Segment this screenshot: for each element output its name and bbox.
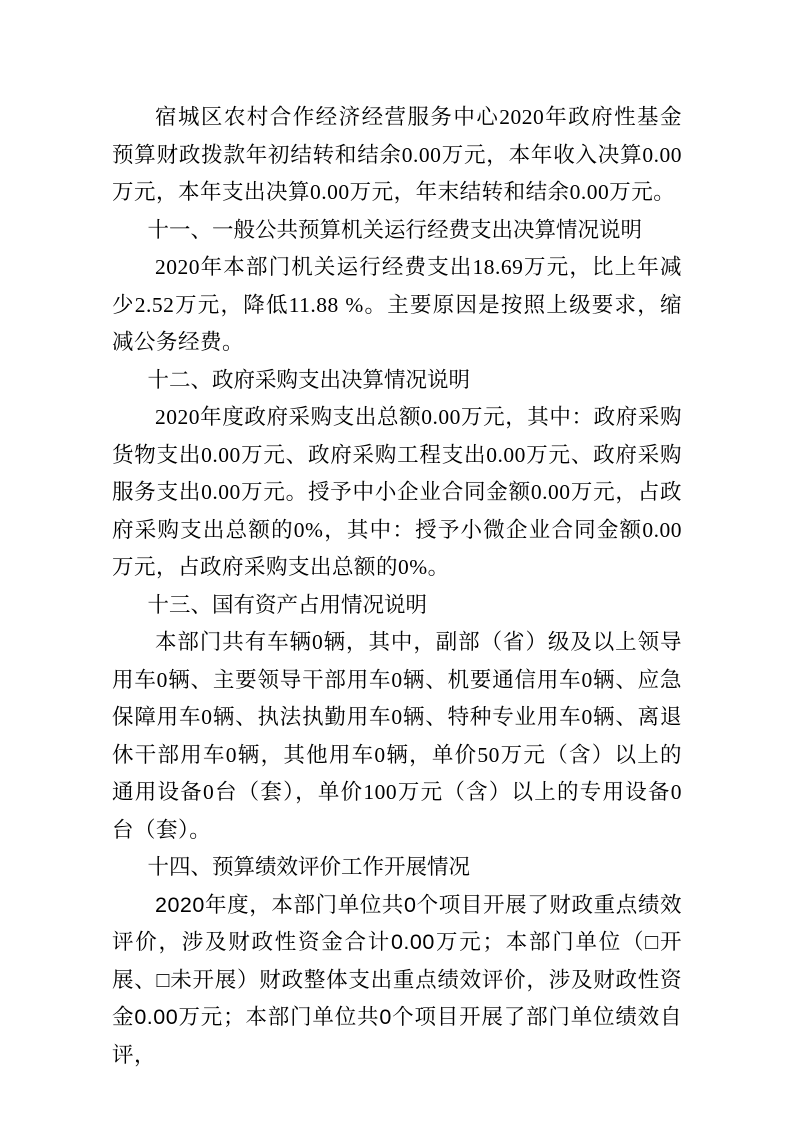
heading-section-eleven-operating-expenses: 十一、一般公共预算机关运行经费支出决算情况说明: [112, 212, 682, 250]
document-page: 宿城区农村合作经济经营服务中心2020年政府性基金预算财政拨款年初结转和结余0.…: [0, 0, 793, 1122]
heading-section-thirteen-state-assets: 十三、国有资产占用情况说明: [112, 587, 682, 625]
paragraph-procurement-detail: 2020年度政府采购支出总额0.00万元，其中：政府采购货物支出0.00万元、政…: [112, 399, 682, 587]
document-content: 宿城区农村合作经济经营服务中心2020年政府性基金预算财政拨款年初结转和结余0.…: [112, 0, 682, 1074]
paragraph-gov-fund-budget-summary: 宿城区农村合作经济经营服务中心2020年政府性基金预算财政拨款年初结转和结余0.…: [112, 99, 682, 212]
paragraph-state-assets-detail: 本部门共有车辆0辆，其中，副部（省）级及以上领导用车0辆、主要领导干部用车0辆、…: [112, 624, 682, 849]
paragraph-performance-evaluation-detail: 2020年度，本部门单位共0个项目开展了财政重点绩效评价，涉及财政性资金合计0.…: [112, 887, 682, 1075]
heading-section-twelve-procurement: 十二、政府采购支出决算情况说明: [112, 362, 682, 400]
heading-section-fourteen-performance-evaluation: 十四、预算绩效评价工作开展情况: [112, 849, 682, 887]
paragraph-operating-expenses-detail: 2020年本部门机关运行经费支出18.69万元，比上年减少2.52万元，降低11…: [112, 249, 682, 362]
